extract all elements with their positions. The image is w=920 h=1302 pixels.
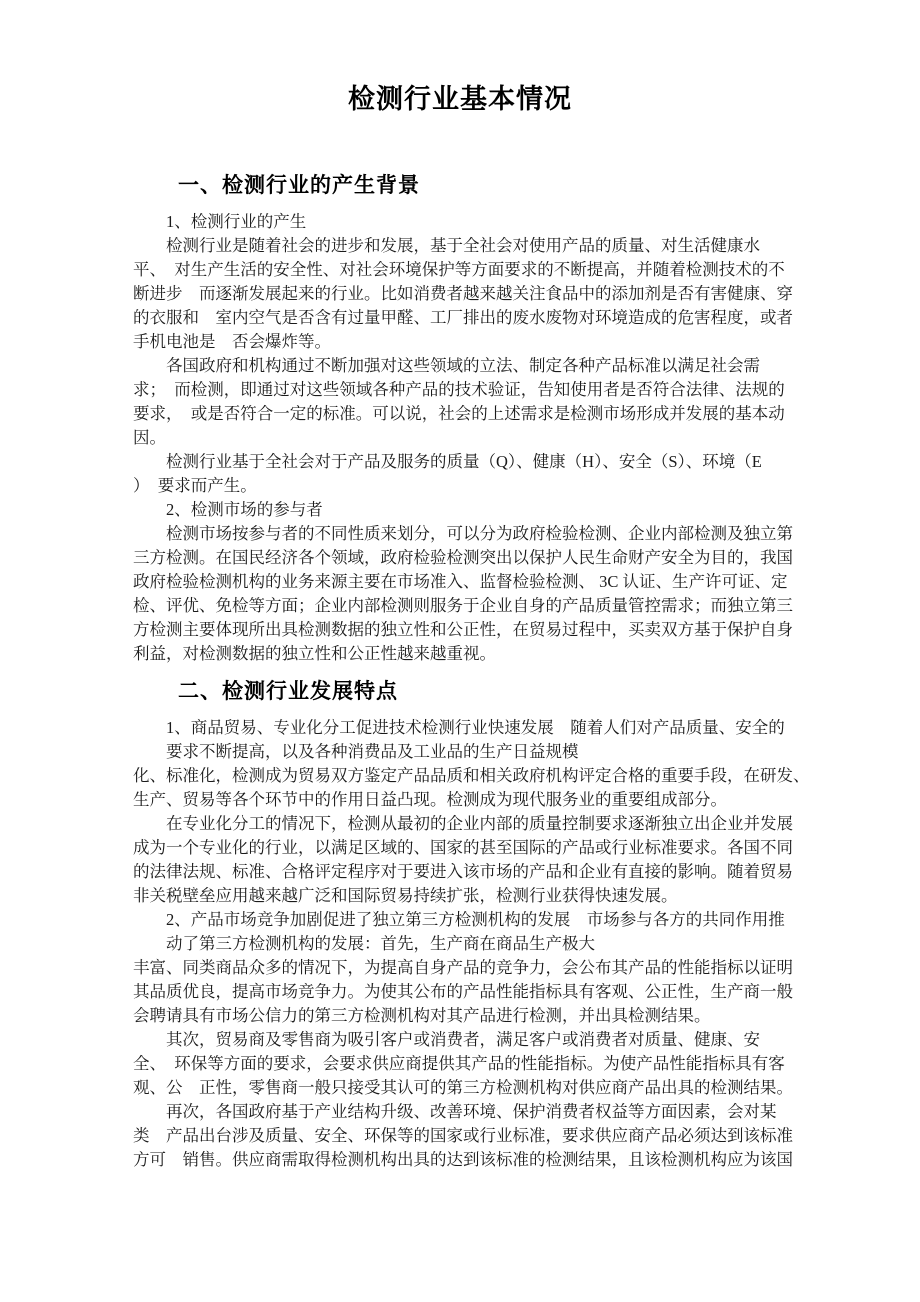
text-line: 各国政府和机构通过不断加强对这些领域的立法、制定各种产品标准以满足社会需 — [133, 354, 860, 378]
text-line: ） 要求而产生。 — [133, 474, 860, 498]
text-line: 方可 销售。供应商需取得检测机构出具的达到该标准的检测结果，且该检测机构应为该国 — [133, 1148, 860, 1172]
text-line: 1、商品贸易、专业化分工促进技术检测行业快速发展 随着人们对产品质量、安全的 — [133, 716, 860, 740]
subpoint-title-2: 2、检测市场的参与者 — [133, 498, 860, 522]
paragraph-government-standards: 再次，各国政府基于产业结构升级、改善环境、保护消费者权益等方面因素，会对某类 产… — [133, 1100, 860, 1172]
text-line: 会聘请具有市场公信力的第三方检测机构对其产品进行检测，并出具检测结果。 — [133, 1004, 860, 1028]
text-line: 丰富、同类商品众多的情况下，为提高自身产品的竞争力，会公布其产品的性能指标以证明 — [133, 956, 860, 980]
text-line: 政府检验检测机构的业务来源主要在市场准入、监督检验检测、 3C 认证、生产许可证… — [133, 570, 860, 594]
text-line: 利益，对检测数据的独立性和公正性越来越重视。 — [133, 642, 860, 666]
text-line: 手机电池是 否会爆炸等。 — [133, 330, 860, 354]
text-line: 其品质优良，提高市场竞争力。为使其公布的产品性能指标具有客观、公正性，生产商一般 — [133, 980, 860, 1004]
section: 二、检测行业发展特点 1、商品贸易、专业化分工促进技术检测行业快速发展 随着人们… — [133, 676, 860, 1172]
document-page: 检测行业基本情况 一、检测行业的产生背景 1、检测行业的产生 检测行业是随着社会… — [0, 0, 920, 1302]
text-line: 2、检测市场的参与者 — [133, 498, 860, 522]
text-line: 非关税壁垒应用越来越广泛和国际贸易持续扩张，检测行业获得快速发展。 — [133, 884, 860, 908]
text-line: 在专业化分工的情况下，检测从最初的企业内部的质量控制要求逐渐独立出企业并发展 — [133, 812, 860, 836]
doc-title: 检测行业基本情况 — [0, 80, 920, 118]
text-line: 求； 而检测，即通过对这些领域各种产品的技术验证，告知使用者是否符合法律、法规的 — [133, 378, 860, 402]
text-line: 检测行业是随着社会的进步和发展，基于全社会对使用产品的质量、对生活健康水 — [133, 234, 860, 258]
text-line: 再次，各国政府基于产业结构升级、改善环境、保护消费者权益等方面因素，会对某 — [133, 1100, 860, 1124]
paragraph-government-legislation: 各国政府和机构通过不断加强对这些领域的立法、制定各种产品标准以满足社会需求； 而… — [133, 354, 860, 450]
text-line: 检测行业基于全社会对于产品及服务的质量（Q）、健康（H）、安全（S）、环境（E — [133, 450, 860, 474]
text-line: 断进步 而逐渐发展起来的行业。比如消费者越来越关注食品中的添加剂是否有害健康、穿 — [133, 282, 860, 306]
text-line: 平、 对生产生活的安全性、对社会环境保护等方面要求的不断提高，并随着检测技术的不 — [133, 258, 860, 282]
text-line: 其次，贸易商及零售商为吸引客户或消费者，满足客户或消费者对质量、健康、安 — [133, 1028, 860, 1052]
text-line: 三方检测。在国民经济各个领域，政府检验检测突出以保护人民生命财产安全为目的，我国 — [133, 546, 860, 570]
paragraph-traders-retailers: 其次，贸易商及零售商为吸引客户或消费者，满足客户或消费者对质量、健康、安全、 环… — [133, 1028, 860, 1100]
section-heading: 一、检测行业的产生背景 — [133, 170, 860, 202]
paragraph-specialized-industry: 在专业化分工的情况下，检测从最初的企业内部的质量控制要求逐渐独立出企业并发展成为… — [133, 812, 860, 908]
text-line: 动了第三方检测机构的发展：首先，生产商在商品生产极大 — [133, 932, 860, 956]
section: 一、检测行业的产生背景 1、检测行业的产生 检测行业是随着社会的进步和发展，基于… — [133, 170, 860, 666]
paragraph-qhse: 检测行业基于全社会对于产品及服务的质量（Q）、健康（H）、安全（S）、环境（E）… — [133, 450, 860, 498]
section-heading: 二、检测行业发展特点 — [133, 676, 860, 708]
document-content: 一、检测行业的产生背景 1、检测行业的产生 检测行业是随着社会的进步和发展，基于… — [0, 170, 920, 1172]
text-line: 要求不断提高，以及各种消费品及工业品的生产日益规模 — [133, 740, 860, 764]
text-line: 生产、贸易等各个环节中的作用日益凸现。检测成为现代服务业的重要组成部分。 — [133, 788, 860, 812]
text-line: 观、公 正性，零售商一般只接受其认可的第三方检测机构对供应商产品出具的检测结果。 — [133, 1076, 860, 1100]
text-line: 成为一个专业化的行业，以满足区域的、国家的甚至国际的产品或行业标准要求。各国不同 — [133, 836, 860, 860]
text-line: 要求， 或是否符合一定的标准。可以说，社会的上述需求是检测市场形成并发展的基本动 — [133, 402, 860, 426]
subpoint-title-1: 1、检测行业的产生 — [133, 210, 860, 234]
text-line: 2、产品市场竞争加剧促进了独立第三方检测机构的发展 市场参与各方的共同作用推 — [133, 908, 860, 932]
text-line: 化、标准化，检测成为贸易双方鉴定产品品质和相关政府机构评定合格的重要手段，在研发… — [133, 764, 860, 788]
paragraph-market-participants: 检测市场按参与者的不同性质来划分，可以分为政府检验检测、企业内部检测及独立第三方… — [133, 522, 860, 666]
section-paragraphs: 1、检测行业的产生 检测行业是随着社会的进步和发展，基于全社会对使用产品的质量、… — [133, 210, 860, 666]
section-paragraphs: 1、商品贸易、专业化分工促进技术检测行业快速发展 随着人们对产品质量、安全的 要… — [133, 716, 860, 1172]
text-line: 类 产品出台涉及质量、安全、环保等的国家或行业标准，要求供应商产品必须达到该标准 — [133, 1124, 860, 1148]
paragraph-industry-origin: 检测行业是随着社会的进步和发展，基于全社会对使用产品的质量、对生活健康水平、 对… — [133, 234, 860, 354]
paragraph-trade-specialization: 1、商品贸易、专业化分工促进技术检测行业快速发展 随着人们对产品质量、安全的 要… — [133, 716, 860, 812]
text-line: 方检测主要体现所出具检测数据的独立性和公正性，在贸易过程中，买卖双方基于保护自身 — [133, 618, 860, 642]
text-line: 1、检测行业的产生 — [133, 210, 860, 234]
paragraph-competition-thirdparty: 2、产品市场竞争加剧促进了独立第三方检测机构的发展 市场参与各方的共同作用推 动… — [133, 908, 860, 1028]
text-line: 检测市场按参与者的不同性质来划分，可以分为政府检验检测、企业内部检测及独立第 — [133, 522, 860, 546]
text-line: 因。 — [133, 426, 860, 450]
sections: 一、检测行业的产生背景 1、检测行业的产生 检测行业是随着社会的进步和发展，基于… — [133, 170, 860, 1172]
text-line: 全、 环保等方面的要求，会要求供应商提供其产品的性能指标。为使产品性能指标具有客 — [133, 1052, 860, 1076]
text-line: 的衣服和 室内空气是否含有过量甲醛、工厂排出的废水废物对环境造成的危害程度，或者 — [133, 306, 860, 330]
text-line: 的法律法规、标准、合格评定程序对于要进入该市场的产品和企业有直接的影响。随着贸易 — [133, 860, 860, 884]
text-line: 检、评优、免检等方面；企业内部检测则服务于企业自身的产品质量管控需求；而独立第三 — [133, 594, 860, 618]
